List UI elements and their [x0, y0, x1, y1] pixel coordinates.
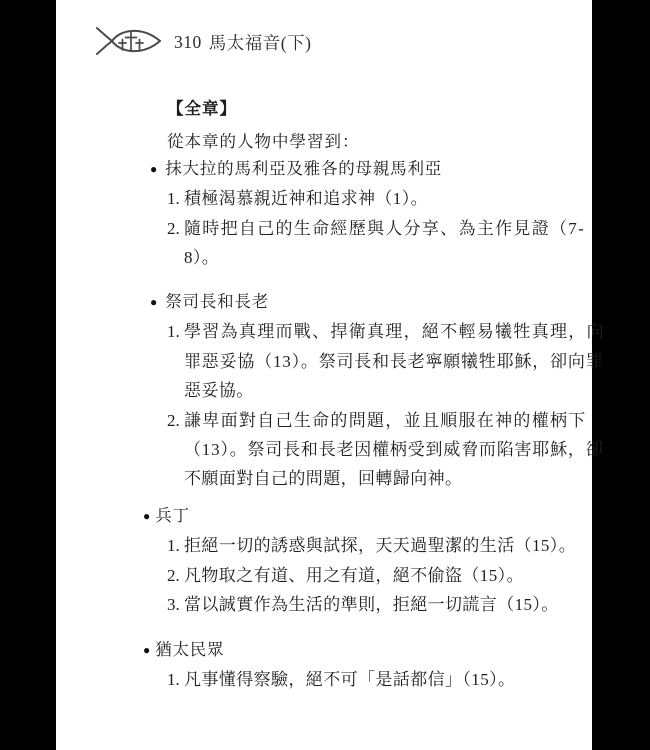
- intro-text: 從本章的人物中學習到：: [167, 128, 360, 152]
- item-number: 2.: [167, 214, 184, 273]
- bullet-heading: 祭司長和長老: [165, 288, 269, 317]
- item-number: 2.: [167, 406, 184, 494]
- bullet-section-jewish-crowd: ● 猶太民眾 1. 凡事懂得察驗，絕不可「是話都信」（15）。: [150, 636, 590, 695]
- item-text-line: 罪惡妥協（13）。祭司長和長老寧願犧牲耶穌，卻向罪: [184, 347, 605, 376]
- bullet-icon: ●: [150, 155, 157, 184]
- book-title: 馬太福音(下): [209, 30, 312, 55]
- item-text-line: （13）。祭司長和長老因權柄受到威脅而陷害耶穌，卻: [184, 435, 604, 464]
- list-item: 2. 凡物取之有道、用之有道，絕不偷盜（15）。: [167, 561, 590, 590]
- list-item: 1. 積極渴慕親近神和追求神（1）。: [167, 184, 590, 213]
- bullet-heading-row: ● 祭司長和長老: [150, 288, 590, 317]
- book-page-scan: 310 馬太福音(下) 【全章】 從本章的人物中學習到： ● 抹大拉的馬利亞及雅…: [0, 0, 650, 750]
- ichthys-fish-icon: [94, 22, 164, 60]
- bullet-heading: 抹大拉的馬利亞及雅各的母親馬利亞: [165, 155, 442, 184]
- bullet-heading-row: ● 抹大拉的馬利亞及雅各的母親馬利亞: [150, 155, 590, 184]
- item-number: 2.: [167, 561, 184, 590]
- item-text-line: 隨時把自己的生命經歷與人分享、為主作見證（7-: [184, 214, 590, 243]
- page-number: 310: [174, 32, 202, 53]
- item-text-line: 學習為真理而戰、捍衛真理，絕不輕易犧牲真理，向: [184, 317, 605, 346]
- item-number: 3.: [167, 590, 184, 619]
- item-number: 1.: [167, 317, 184, 405]
- item-text-line: 8）。: [184, 243, 590, 272]
- item-text-line: 凡事懂得察驗，絕不可「是話都信」（15）。: [184, 665, 590, 694]
- item-number: 1.: [167, 184, 184, 213]
- bullet-icon: ●: [143, 636, 150, 665]
- list-item: 3. 當以誠實作為生活的準則，拒絕一切謊言（15）。: [167, 590, 590, 619]
- left-black-border: [0, 0, 56, 750]
- list-item: 2. 謙卑面對自己生命的問題，並且順服在神的權柄下 （13）。祭司長和長老因權柄…: [167, 406, 590, 494]
- item-number: 1.: [167, 665, 184, 694]
- bullet-icon: ●: [143, 502, 150, 531]
- item-text-line: 惡妥協。: [184, 376, 605, 405]
- item-text-line: 拒絕一切的誘惑與試探，天天過聖潔的生活（15）。: [184, 531, 590, 560]
- bullet-heading: 猶太民眾: [155, 636, 224, 665]
- list-item: 2. 隨時把自己的生命經歷與人分享、為主作見證（7- 8）。: [167, 214, 590, 273]
- item-text-line: 凡物取之有道、用之有道，絕不偷盜（15）。: [184, 561, 590, 590]
- item-text-line: 當以誠實作為生活的準則，拒絕一切謊言（15）。: [184, 590, 590, 619]
- bullet-heading-row: ● 猶太民眾: [143, 636, 590, 665]
- list-item: 1. 拒絕一切的誘惑與試探，天天過聖潔的生活（15）。: [167, 531, 590, 560]
- bullet-heading: 兵丁: [155, 502, 190, 531]
- bullet-heading-row: ● 兵丁: [143, 502, 590, 531]
- bullet-section-priests-elders: ● 祭司長和長老 1. 學習為真理而戰、捍衛真理，絕不輕易犧牲真理，向 罪惡妥協…: [150, 288, 590, 494]
- bullet-section-soldiers: ● 兵丁 1. 拒絕一切的誘惑與試探，天天過聖潔的生活（15）。 2. 凡物取之…: [150, 502, 590, 620]
- list-item: 1. 學習為真理而戰、捍衛真理，絕不輕易犧牲真理，向 罪惡妥協（13）。祭司長和…: [167, 317, 590, 405]
- page: 310 馬太福音(下) 【全章】 從本章的人物中學習到： ● 抹大拉的馬利亞及雅…: [56, 0, 592, 750]
- page-header: 310 馬太福音(下): [56, 0, 592, 70]
- bullet-section-mary: ● 抹大拉的馬利亞及雅各的母親馬利亞 1. 積極渴慕親近神和追求神（1）。 2.…: [150, 155, 590, 273]
- list-item: 1. 凡事懂得察驗，絕不可「是話都信」（15）。: [167, 665, 590, 694]
- item-text-line: 不願面對自己的問題，回轉歸向神。: [184, 464, 604, 493]
- chapter-label: 【全章】: [167, 95, 237, 119]
- item-text-line: 謙卑面對自己生命的問題，並且順服在神的權柄下: [184, 406, 604, 435]
- running-head: 310 馬太福音(下): [174, 24, 311, 60]
- bullet-icon: ●: [150, 288, 157, 317]
- three-crosses-icon: [119, 32, 143, 50]
- item-number: 1.: [167, 531, 184, 560]
- item-text-line: 積極渴慕親近神和追求神（1）。: [184, 184, 590, 213]
